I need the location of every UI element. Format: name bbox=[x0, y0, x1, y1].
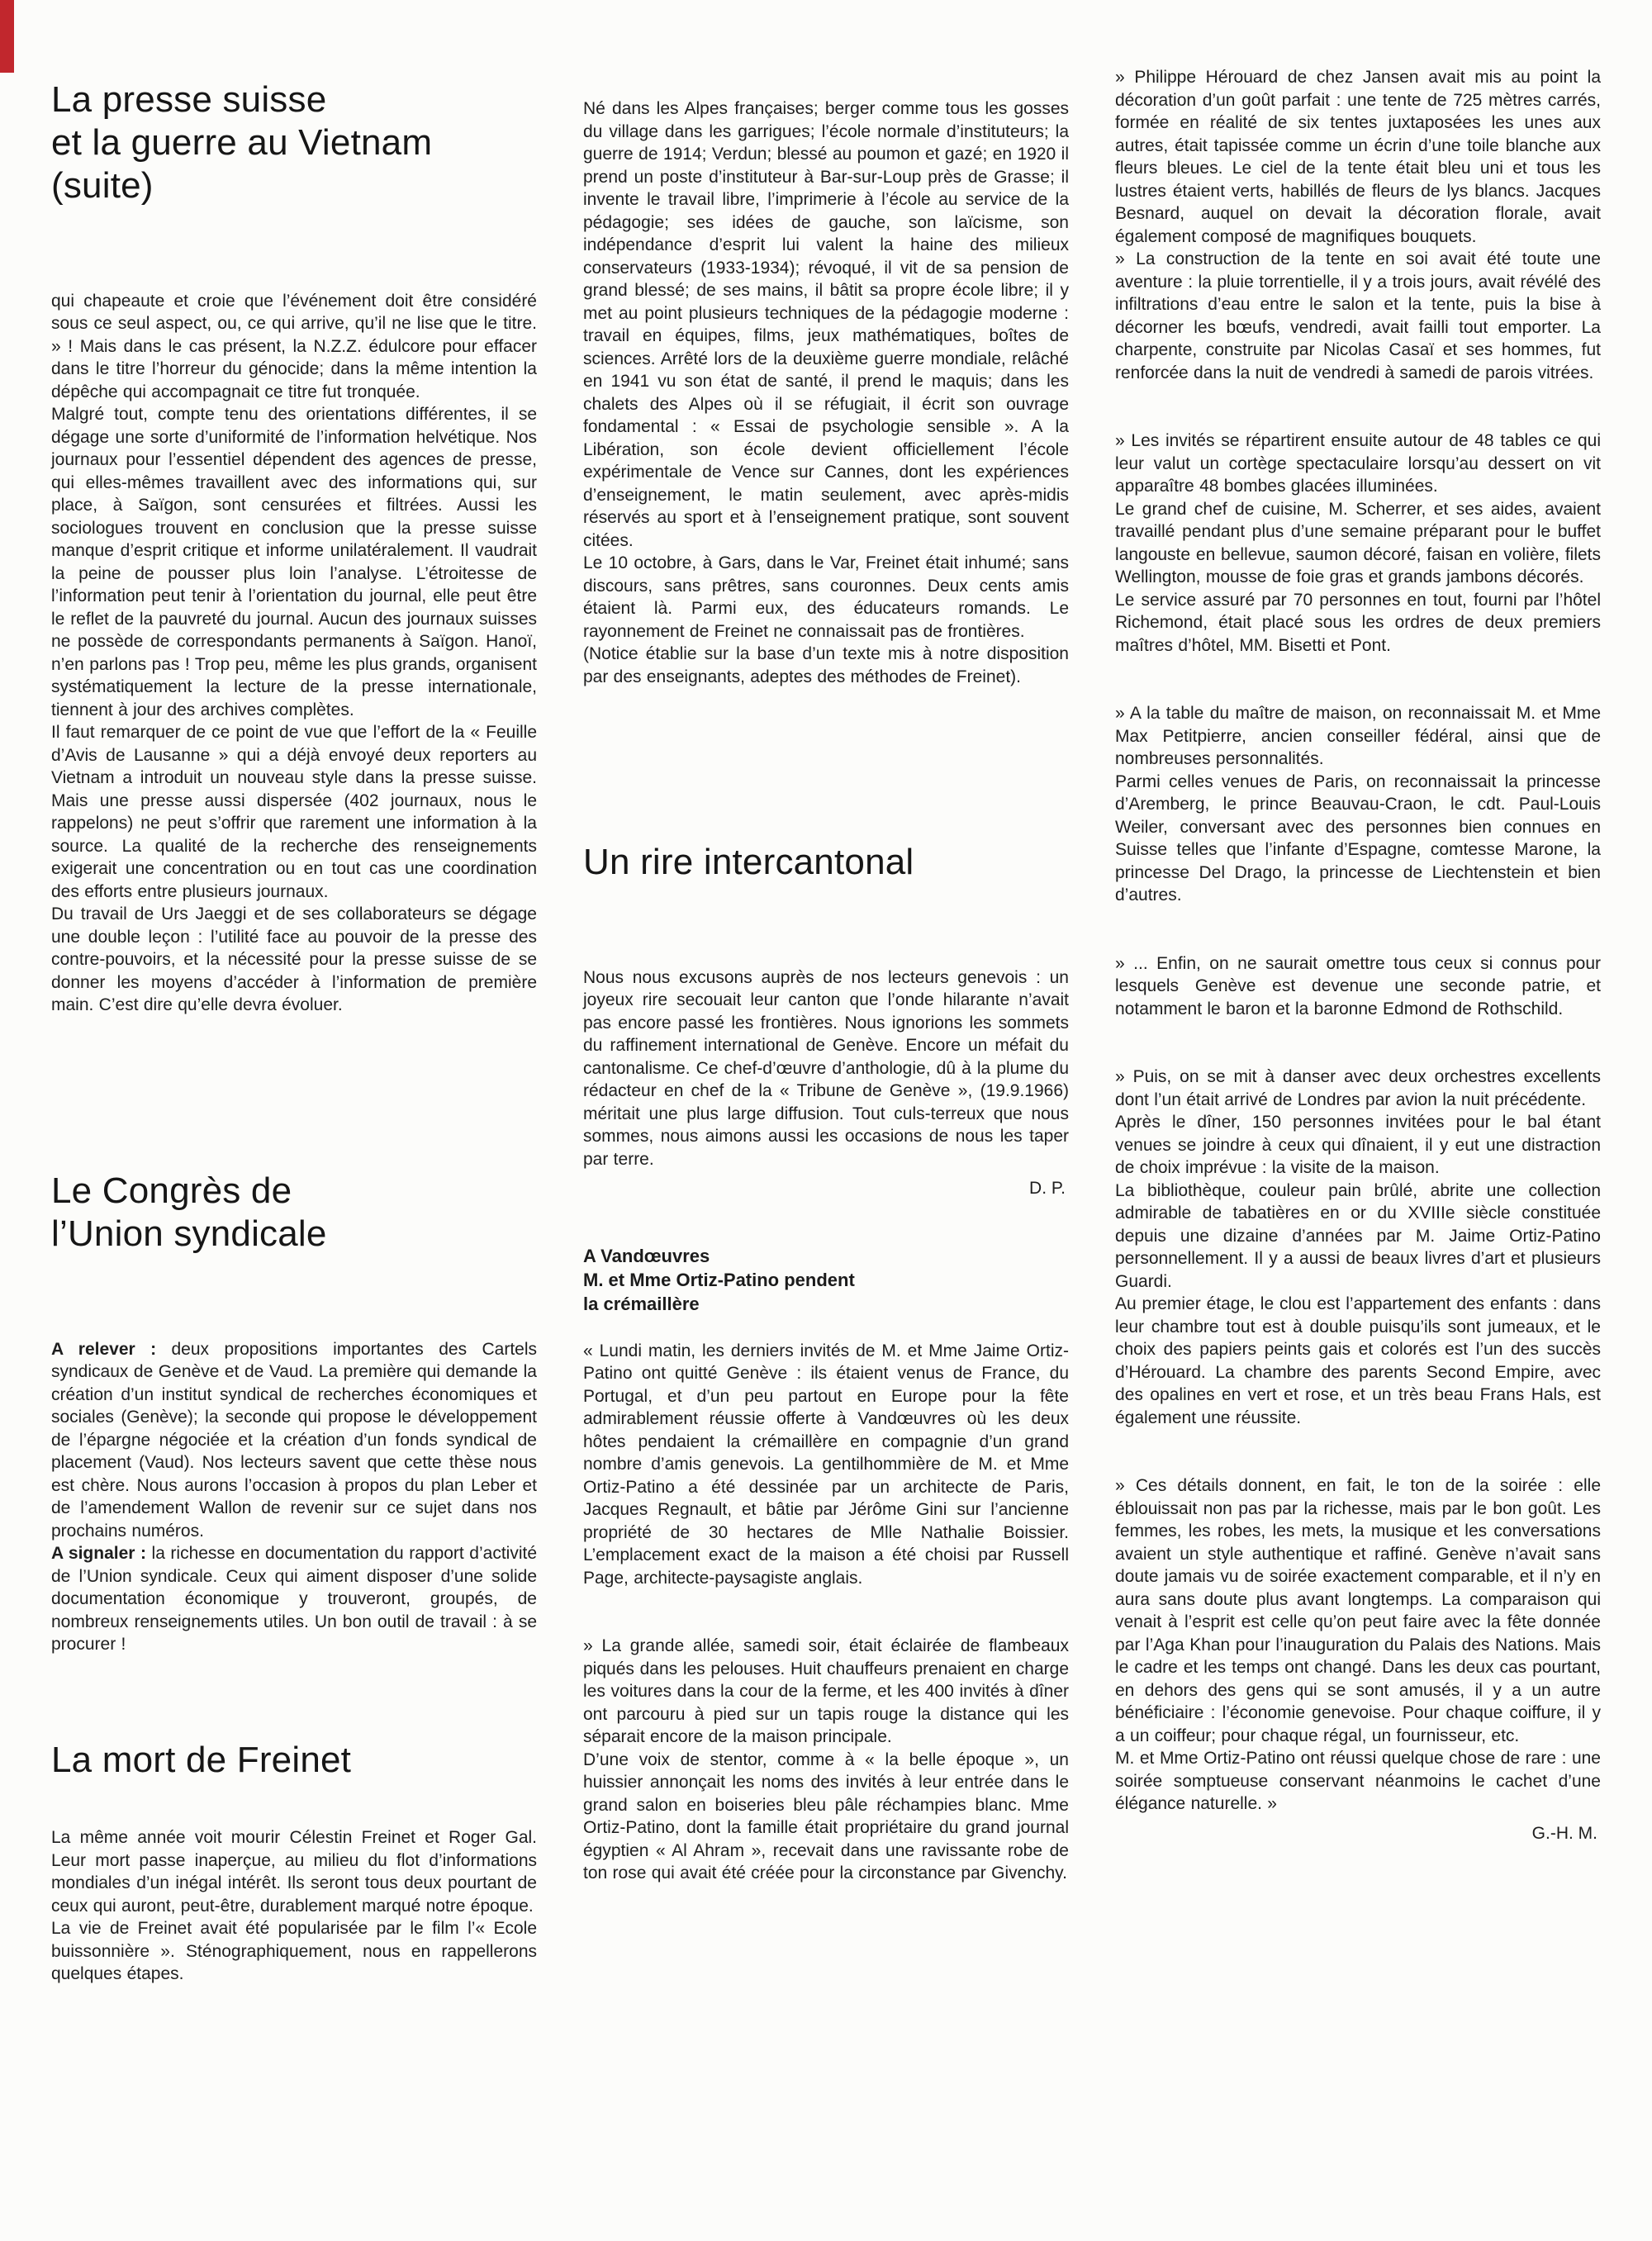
paragraph-bold-lead: A relever : bbox=[51, 1340, 172, 1359]
column-gap bbox=[583, 1317, 1069, 1340]
headline-line: l’Union syndicale bbox=[51, 1213, 537, 1256]
body-paragraph: La vie de Freinet avait été popularisée … bbox=[51, 1917, 537, 1986]
body-paragraph: » ... Enfin, on ne saurait omettre tous … bbox=[1115, 952, 1601, 1021]
article-headline: Le Congrès del’Union syndicale bbox=[51, 1170, 537, 1256]
body-paragraph: Malgré tout, compte tenu des orientation… bbox=[51, 403, 537, 721]
body-paragraph: Le 10 octobre, à Gars, dans le Var, Frei… bbox=[583, 552, 1069, 643]
paragraph-text: » La construction de la tente en soi ava… bbox=[1115, 249, 1601, 382]
column-left: La presse suisseet la guerre au Vietnam(… bbox=[51, 0, 537, 1986]
column-gap bbox=[51, 1781, 537, 1826]
paragraph-text: Après le dîner, 150 personnes invitées p… bbox=[1115, 1113, 1601, 1177]
paragraph-text: deux propositions importantes des Cartel… bbox=[51, 1340, 537, 1541]
paragraph-text: » Les invités se répartirent ensuite aut… bbox=[1115, 431, 1601, 496]
author-signature: D. P. bbox=[583, 1179, 1069, 1199]
body-paragraph: » La construction de la tente en soi ava… bbox=[1115, 248, 1601, 384]
paragraph-text: » La grande allée, samedi soir, était éc… bbox=[583, 1636, 1069, 1746]
headline-line: La presse suisse bbox=[51, 78, 537, 121]
article-headline: La presse suisseet la guerre au Vietnam(… bbox=[51, 78, 537, 207]
body-paragraph: Du travail de Urs Jaeggi et de ses colla… bbox=[51, 903, 537, 1017]
paragraph-bold-lead: A signaler : bbox=[51, 1544, 152, 1563]
paragraph-text: qui chapeaute et croie que l’événement d… bbox=[51, 292, 537, 401]
body-paragraph: M. et Mme Ortiz-Patino ont réussi quelqu… bbox=[1115, 1747, 1601, 1816]
column-gap bbox=[583, 1199, 1069, 1244]
paragraph-text: La vie de Freinet avait été popularisée … bbox=[51, 1919, 537, 1983]
paragraph-text: Malgré tout, compte tenu des orientation… bbox=[51, 405, 537, 719]
column-gap bbox=[583, 884, 1069, 966]
column-gap bbox=[1115, 1020, 1601, 1066]
paragraph-text: D’une voix de stentor, comme à « la bell… bbox=[583, 1750, 1069, 1883]
column-right: » Philippe Hérouard de chez Jansen avait… bbox=[1115, 0, 1601, 1844]
paragraph-text: Du travail de Urs Jaeggi et de ses colla… bbox=[51, 904, 537, 1014]
headline-line: La mort de Freinet bbox=[51, 1739, 537, 1782]
column-gap bbox=[51, 1017, 537, 1170]
paragraph-text: (Notice établie sur la base d’un texte m… bbox=[583, 644, 1069, 686]
paragraph-text: » Puis, on se mit à danser avec deux orc… bbox=[1115, 1067, 1601, 1109]
body-paragraph: » Ces détails donnent, en fait, le ton d… bbox=[1115, 1474, 1601, 1747]
body-paragraph: Il faut remarquer de ce point de vue que… bbox=[51, 721, 537, 903]
paragraph-text: Nous nous excusons auprès de nos lecteur… bbox=[583, 968, 1069, 1169]
paragraph-text: Il faut remarquer de ce point de vue que… bbox=[51, 723, 537, 901]
paragraph-text: La bibliothèque, couleur pain brûlé, abr… bbox=[1115, 1181, 1601, 1291]
paragraph-text: » Philippe Hérouard de chez Jansen avait… bbox=[1115, 68, 1601, 246]
subhead-line: M. et Mme Ortiz-Patino pendent bbox=[583, 1268, 1069, 1292]
column-gap bbox=[583, 688, 1069, 841]
body-paragraph: « Lundi matin, les derniers invités de M… bbox=[583, 1340, 1069, 1590]
body-paragraph: (Notice établie sur la base d’un texte m… bbox=[583, 643, 1069, 688]
body-paragraph: La bibliothèque, couleur pain brûlé, abr… bbox=[1115, 1180, 1601, 1294]
article-headline: Un rire intercantonal bbox=[583, 841, 1069, 884]
body-paragraph: » La grande allée, samedi soir, était éc… bbox=[583, 1635, 1069, 1749]
magazine-page: La presse suisseet la guerre au Vietnam(… bbox=[0, 0, 1652, 2241]
column-gap bbox=[1115, 384, 1601, 430]
column-gap bbox=[1115, 907, 1601, 952]
body-paragraph: qui chapeaute et croie que l’événement d… bbox=[51, 290, 537, 404]
body-paragraph: A relever : deux propositions importante… bbox=[51, 1338, 537, 1543]
column-middle: Né dans les Alpes françaises; berger com… bbox=[583, 0, 1069, 1885]
paragraph-text: La même année voit mourir Célestin Frein… bbox=[51, 1828, 537, 1916]
body-paragraph: Nous nous excusons auprès de nos lecteur… bbox=[583, 966, 1069, 1171]
body-paragraph: » Les invités se répartirent ensuite aut… bbox=[1115, 430, 1601, 498]
paragraph-text: « Lundi matin, les derniers invités de M… bbox=[583, 1341, 1069, 1588]
column-gap bbox=[51, 1256, 537, 1338]
body-paragraph: Né dans les Alpes françaises; berger com… bbox=[583, 97, 1069, 552]
paragraph-text: » A la table du maître de maison, on rec… bbox=[1115, 704, 1601, 768]
paragraph-text: Le grand chef de cuisine, M. Scherrer, e… bbox=[1115, 500, 1601, 587]
headline-line: Un rire intercantonal bbox=[583, 841, 1069, 884]
body-paragraph: A signaler : la richesse en documentatio… bbox=[51, 1542, 537, 1656]
subhead-line: A Vandœuvres bbox=[583, 1244, 1069, 1268]
column-gap bbox=[51, 207, 537, 290]
paragraph-text: » Ces détails donnent, en fait, le ton d… bbox=[1115, 1476, 1601, 1745]
subhead-line: la crémaillère bbox=[583, 1292, 1069, 1316]
body-paragraph: Parmi celles venues de Paris, on reconna… bbox=[1115, 771, 1601, 907]
column-gap bbox=[51, 1656, 537, 1739]
body-paragraph: Le service assuré par 70 personnes en to… bbox=[1115, 589, 1601, 658]
author-signature: G.-H. M. bbox=[1115, 1824, 1601, 1844]
paragraph-text: » ... Enfin, on ne saurait omettre tous … bbox=[1115, 954, 1601, 1018]
body-paragraph: » Puis, on se mit à danser avec deux orc… bbox=[1115, 1066, 1601, 1111]
headline-line: et la guerre au Vietnam bbox=[51, 121, 537, 164]
article-headline: La mort de Freinet bbox=[51, 1739, 537, 1782]
headline-line: Le Congrès de bbox=[51, 1170, 537, 1213]
article-subhead: A VandœuvresM. et Mme Ortiz-Patino pende… bbox=[583, 1244, 1069, 1316]
column-gap bbox=[583, 1589, 1069, 1635]
body-paragraph: Le grand chef de cuisine, M. Scherrer, e… bbox=[1115, 498, 1601, 589]
body-paragraph: » Philippe Hérouard de chez Jansen avait… bbox=[1115, 66, 1601, 248]
paragraph-text: Le 10 octobre, à Gars, dans le Var, Frei… bbox=[583, 553, 1069, 641]
red-corner-mark bbox=[0, 0, 14, 73]
paragraph-text: Au premier étage, le clou est l’appartem… bbox=[1115, 1294, 1601, 1427]
article-columns: La presse suisseet la guerre au Vietnam(… bbox=[0, 0, 1652, 1986]
headline-line: (suite) bbox=[51, 164, 537, 207]
body-paragraph: La même année voit mourir Célestin Frein… bbox=[51, 1826, 537, 1917]
body-paragraph: D’une voix de stentor, comme à « la bell… bbox=[583, 1749, 1069, 1885]
column-gap bbox=[1115, 1429, 1601, 1474]
paragraph-text: Parmi celles venues de Paris, on reconna… bbox=[1115, 772, 1601, 905]
column-gap bbox=[1115, 657, 1601, 702]
paragraph-text: Le service assuré par 70 personnes en to… bbox=[1115, 591, 1601, 655]
paragraph-text: Né dans les Alpes françaises; berger com… bbox=[583, 99, 1069, 550]
paragraph-text: M. et Mme Ortiz-Patino ont réussi quelqu… bbox=[1115, 1749, 1601, 1813]
body-paragraph: Au premier étage, le clou est l’appartem… bbox=[1115, 1293, 1601, 1429]
body-paragraph: Après le dîner, 150 personnes invitées p… bbox=[1115, 1111, 1601, 1180]
body-paragraph: » A la table du maître de maison, on rec… bbox=[1115, 702, 1601, 771]
